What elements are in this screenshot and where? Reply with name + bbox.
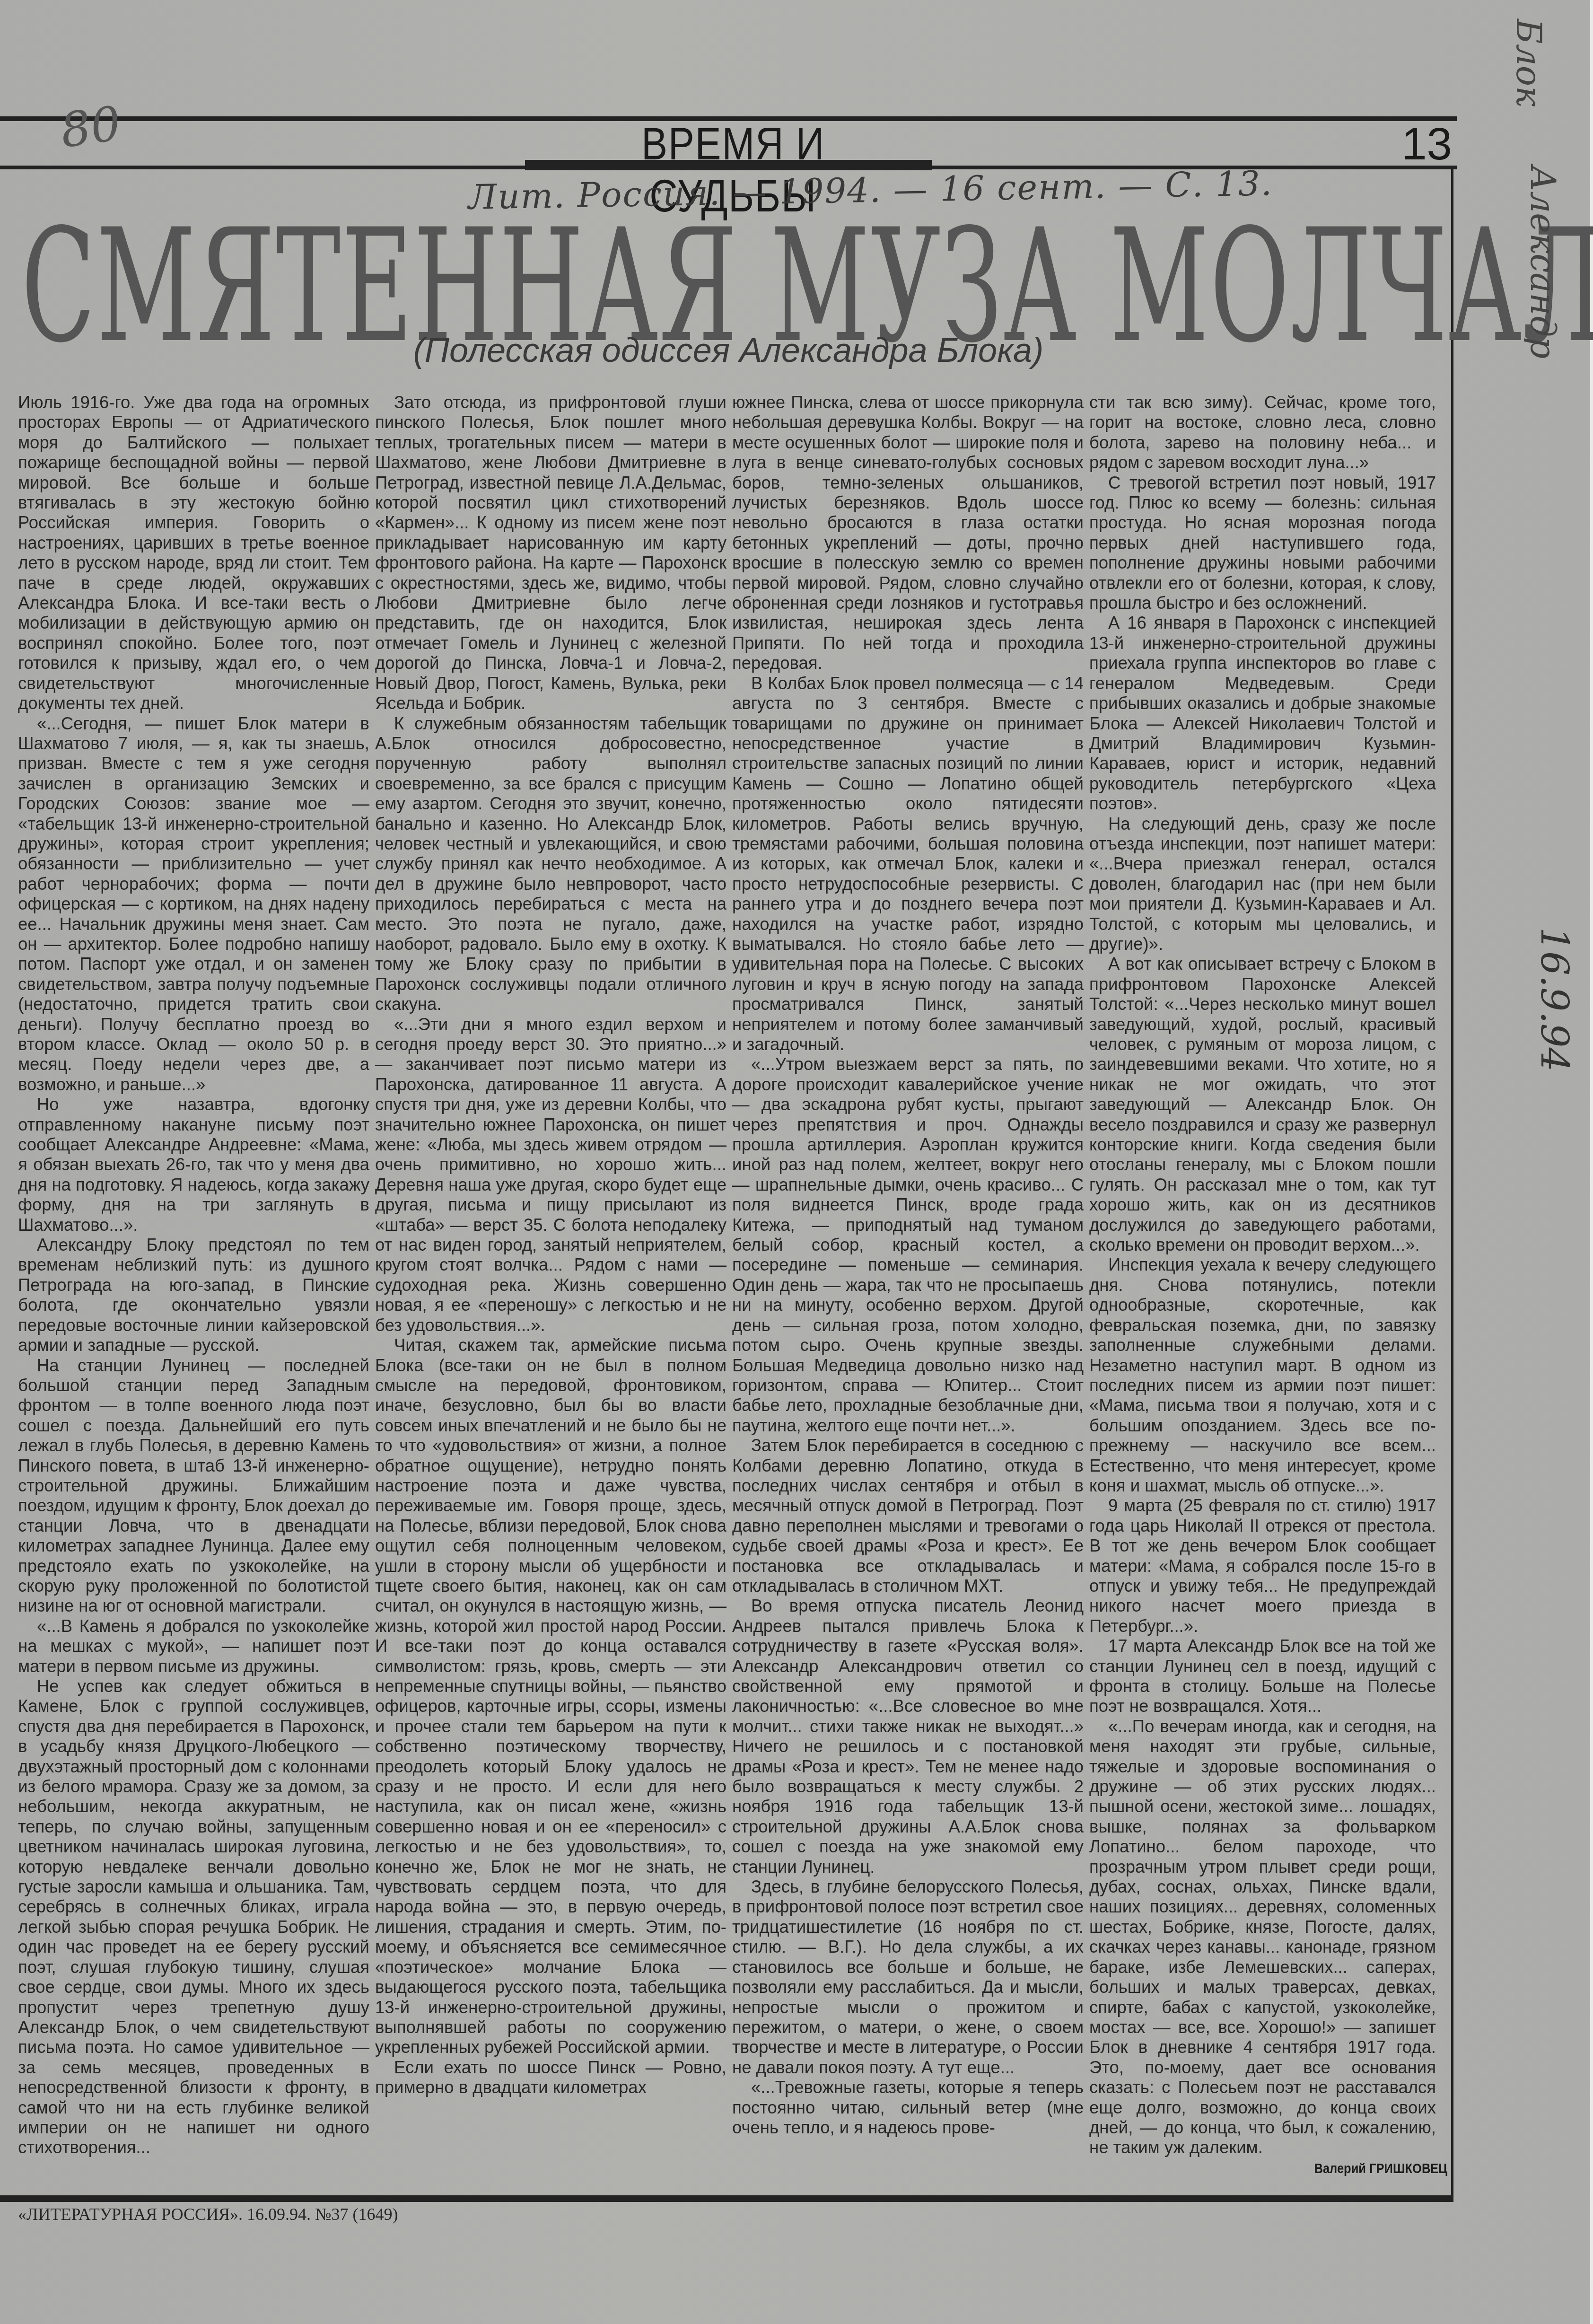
paragraph: На следующий день, сразу же после отъезд… [1089,814,1436,955]
handwritten-page-mark: 80 [57,96,124,159]
paragraph: Здесь, в глубине белорусского Полесья, в… [732,1877,1084,2078]
paragraph: «...Эти дни я много ездил верхом и сегод… [375,1015,726,1336]
article-column-2: Зато отсюда, из прифронтовой глуши пинск… [375,393,732,2158]
author-byline: Валерий ГРИШКОВЕЦ [1278,2161,1447,2177]
paragraph: Читая, скажем так, армейские письма Блок… [375,1335,726,2058]
paragraph: К служебным обязанностям табельщик А.Бло… [375,714,726,1015]
publication-footer: «ЛИТЕРАТУРНАЯ РОССИЯ». 16.09.94. №37 (16… [18,2204,398,2224]
paragraph: С тревогой встретил поэт новый, 1917 год… [1089,473,1436,614]
paragraph: южнее Пинска, слева от шоссе прикорнула … [732,393,1084,674]
paragraph: Александру Блоку предстоял по тем времен… [18,1235,369,1355]
paragraph: 17 марта Александр Блок все на той же ст… [1089,1636,1436,1717]
paragraph: На станции Лунинец — последней большой с… [18,1356,369,1616]
article-subheadline: (Полесская одиссея Александра Блока) [303,331,1154,370]
paragraph: Если ехать по шоссе Пинск — Ровно, приме… [375,2058,726,2098]
paragraph: А вот как описывает встречу с Блоком в п… [1089,954,1436,1255]
article-body: Июль 1916-го. Уже два года на огромных п… [18,393,1442,2152]
paragraph: Но уже назавтра, вдогонку отправленному … [18,1095,369,1235]
handwritten-margin-date: 16.9.94 [1532,927,1576,1071]
paragraph: Инспекция уехала к вечеру следующего дня… [1089,1255,1436,1496]
page-number: 13 [1381,118,1452,170]
handwritten-margin-firstname: Александр [1523,166,1563,359]
article-column-3: южнее Пинска, слева от шоссе прикорнула … [732,393,1089,2158]
article-column-4: сти так всю зиму). Сейчас, кроме того, г… [1089,393,1442,2158]
paragraph: «...Тревожные газеты, которые я теперь п… [732,2078,1084,2138]
paragraph: «...По вечерам иногда, как и сегодня, на… [1089,1717,1436,2158]
paragraph: «...В Камень я добрался по узкоколейке н… [18,1616,369,1676]
newspaper-page: 80 ВРЕМЯ И СУДЬБЫ 13 Лит. Россия. — 1994… [0,0,1593,2324]
paragraph: А 16 января в Парохонск с инспекцией 13-… [1089,613,1436,814]
paragraph: Во время отпуска писатель Леонид Андреев… [732,1596,1084,1877]
paragraph: 9 марта (25 февраля по ст. стилю) 1917 г… [1089,1496,1436,1636]
paragraph: сти так всю зиму). Сейчас, кроме того, г… [1089,393,1436,473]
paragraph: «...Сегодня, — пишет Блок матери в Шахма… [18,714,369,1095]
paragraph: В Колбах Блок провел полмесяца — с 14 ав… [732,674,1084,1055]
paragraph: Затем Блок перебирается в соседнюю с Кол… [732,1436,1084,1596]
paragraph: Июль 1916-го. Уже два года на огромных п… [18,393,369,714]
handwritten-margin-surname: Блок [1509,19,1549,106]
paragraph: Зато отсюда, из прифронтовой глуши пинск… [375,393,726,714]
paragraph: Не успев как следует обжиться в Камене, … [18,1676,369,2158]
paragraph: «...Утром выезжаем верст за пять, по дор… [732,1054,1084,1436]
article-column-1: Июль 1916-го. Уже два года на огромных п… [18,393,375,2158]
